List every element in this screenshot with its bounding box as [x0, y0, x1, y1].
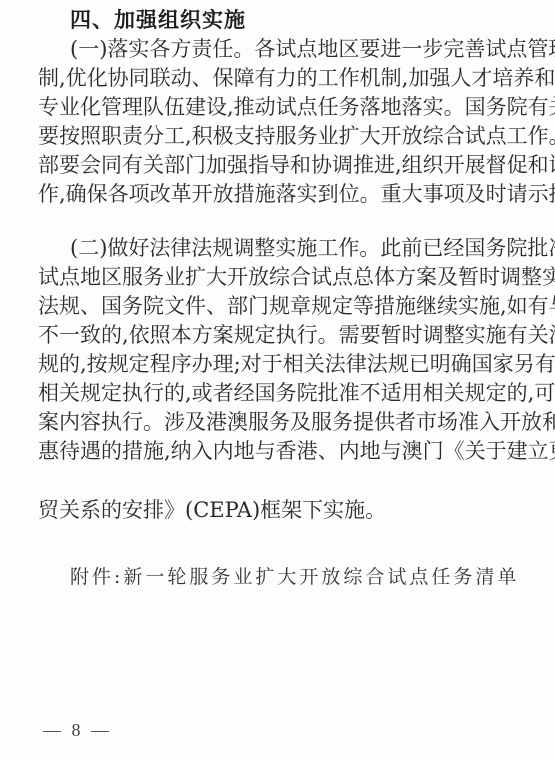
text-line: 试点地区服务业扩大开放综合试点总体方案及暂时调整实施行政	[38, 263, 516, 292]
document-page: 四、加强组织实施 (一)落实各方责任。各试点地区要进一步完善试点管理体 制,优化…	[0, 0, 555, 760]
text-line: (一)落实各方责任。各试点地区要进一步完善试点管理体	[70, 35, 516, 64]
text-line: (二)做好法律法规调整实施工作。此前已经国务院批准的各	[70, 234, 516, 263]
text-line: 法规、国务院文件、部门规章规定等措施继续实施,如有与本方案	[38, 292, 516, 321]
attachment-note: 附件:新一轮服务业扩大开放综合试点任务清单	[70, 563, 519, 592]
text-line: 不一致的,依照本方案规定执行。需要暂时调整实施有关法律法	[38, 321, 516, 350]
text-line: 规的,按规定程序办理;对于相关法律法规已明确国家另有规定按	[38, 350, 516, 379]
text-line: 作,确保各项改革开放措施落实到位。重大事项及时请示报告。	[38, 180, 516, 209]
text-line: 部要会同有关部门加强指导和协调推进,组织开展督促和评估工	[38, 151, 516, 180]
page-number: — 8 —	[43, 718, 109, 742]
text-line: 制,优化协同联动、保障有力的工作机制,加强人才培养和高素质	[38, 64, 516, 93]
text-line: 相关规定执行的,或者经国务院批准不适用相关规定的,可按本方	[38, 379, 516, 408]
text-line: 贸关系的安排》(CEPA)框架下实施。	[38, 496, 386, 525]
text-line: 案内容执行。涉及港澳服务及服务提供者市场准入开放和单独优	[38, 408, 516, 437]
text-line: 要按照职责分工,积极支持服务业扩大开放综合试点工作。商务	[38, 122, 516, 151]
text-line: 惠待遇的措施,纳入内地与香港、内地与澳门《关于建立更紧密经	[38, 437, 516, 466]
text-line: 专业化管理队伍建设,推动试点任务落地落实。国务院有关部门	[38, 93, 516, 122]
section-heading: 四、加强组织实施	[70, 6, 246, 35]
